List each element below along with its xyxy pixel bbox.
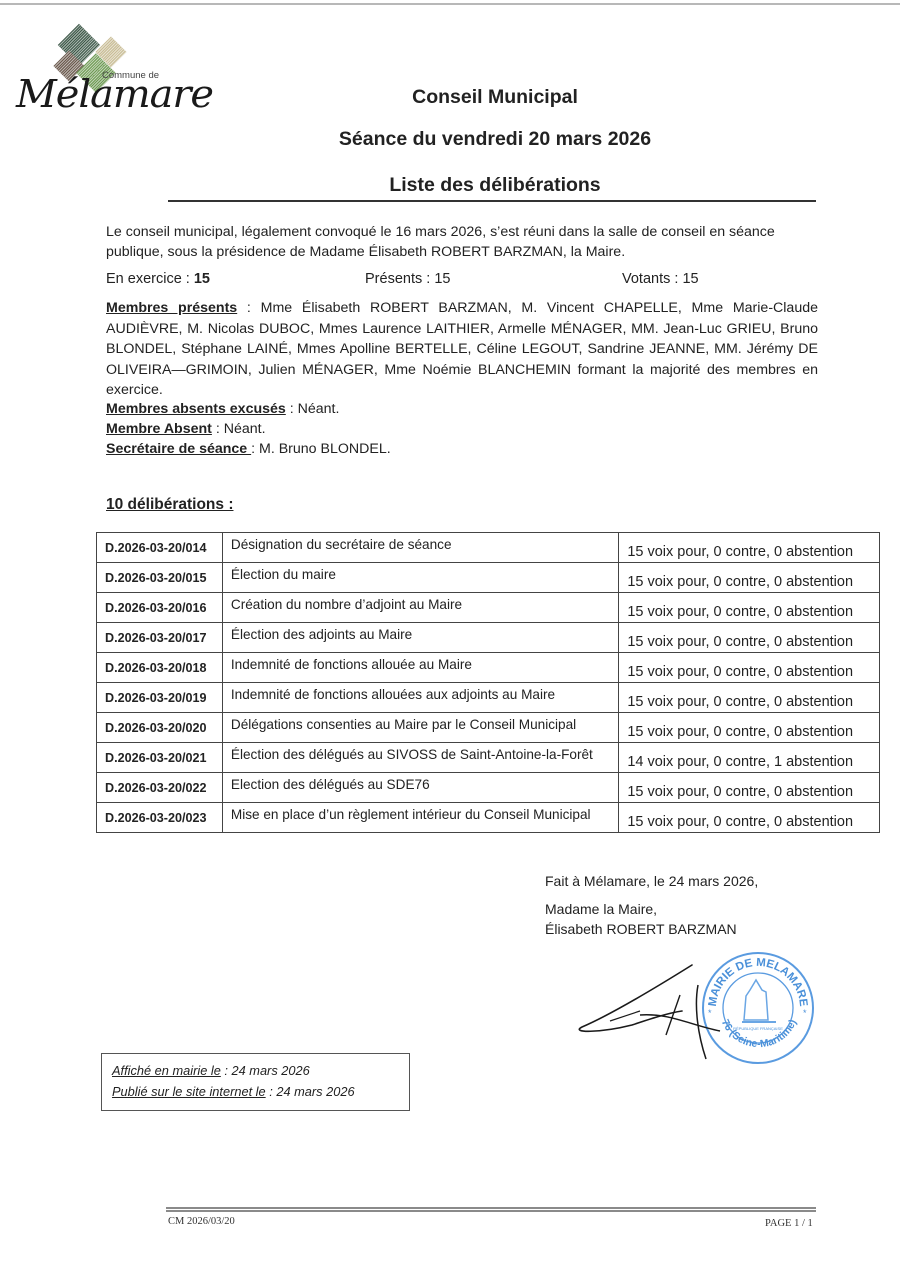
svg-text:*: * [803, 1008, 807, 1018]
table-row: D.2026-03-20/022Election des délégués au… [97, 773, 880, 803]
deliberation-number: D.2026-03-20/014 [97, 533, 223, 563]
deliberation-object: Élection des délégués au SIVOSS de Saint… [222, 743, 618, 773]
intro-paragraph: Le conseil municipal, légalement convoqu… [106, 222, 818, 262]
publication-box: Affiché en mairie le : 24 mars 2026 Publ… [101, 1053, 410, 1111]
title-divider [168, 200, 816, 202]
deliberation-object: Indemnité de fonctions allouées aux adjo… [222, 683, 618, 713]
deliberation-number: D.2026-03-20/019 [97, 683, 223, 713]
deliberation-vote: 15 voix pour, 0 contre, 0 abstention [619, 653, 880, 683]
handwritten-signature-icon [570, 955, 730, 1065]
posted-in-mairie: Affiché en mairie le : 24 mars 2026 [112, 1060, 399, 1081]
deliberation-vote: 15 voix pour, 0 contre, 0 abstention [619, 683, 880, 713]
deliberation-number: D.2026-03-20/022 [97, 773, 223, 803]
signatory-role: Madame la Maire, [545, 899, 737, 919]
deliberation-vote: 15 voix pour, 0 contre, 0 abstention [619, 533, 880, 563]
table-row: D.2026-03-20/023Mise en place d’un règle… [97, 803, 880, 833]
deliberation-vote: 15 voix pour, 0 contre, 0 abstention [619, 713, 880, 743]
logo-name: Mélamare [16, 72, 213, 116]
attendance-details: Membres absents excusés : Néant. Membre … [106, 399, 391, 459]
count-presents-value: 15 [434, 271, 450, 287]
scan-edge-line [0, 3, 900, 5]
deliberations-heading: 10 délibérations : [106, 496, 233, 514]
count-presents: Présents : 15 [365, 271, 450, 287]
deliberation-number: D.2026-03-20/016 [97, 593, 223, 623]
deliberation-vote: 15 voix pour, 0 contre, 0 abstention [619, 803, 880, 833]
online-value: : 24 mars 2026 [266, 1084, 355, 1099]
count-en-exercice: En exercice : 15 [106, 271, 210, 287]
members-present: Membres présents : Mme Élisabeth ROBERT … [106, 298, 818, 401]
table-row: D.2026-03-20/021Élection des délégués au… [97, 743, 880, 773]
signatory-name: Élisabeth ROBERT BARZMAN [545, 919, 737, 939]
count-votants-value: 15 [682, 271, 698, 287]
signature-place-date: Fait à Mélamare, le 24 mars 2026, [545, 871, 758, 891]
deliberation-vote: 15 voix pour, 0 contre, 0 abstention [619, 623, 880, 653]
deliberation-number: D.2026-03-20/023 [97, 803, 223, 833]
stamp-center-text: RÉPUBLIQUE FRANÇAISE [733, 1026, 783, 1031]
posted-label: Affiché en mairie le [112, 1063, 221, 1078]
published-online: Publié sur le site internet le : 24 mars… [112, 1081, 399, 1102]
session-secretary-label: Secrétaire de séance [106, 441, 251, 457]
deliberation-number: D.2026-03-20/015 [97, 563, 223, 593]
deliberation-object: Mise en place d’un règlement intérieur d… [222, 803, 618, 833]
count-votants: Votants : 15 [622, 271, 699, 287]
deliberation-vote: 15 voix pour, 0 contre, 0 abstention [619, 773, 880, 803]
table-row: D.2026-03-20/020Délégations consenties a… [97, 713, 880, 743]
deliberation-number: D.2026-03-20/020 [97, 713, 223, 743]
member-absent: Membre Absent : Néant. [106, 419, 391, 439]
member-absent-value: : Néant. [212, 421, 266, 437]
table-row: D.2026-03-20/019Indemnité de fonctions a… [97, 683, 880, 713]
deliberation-object: Élection des adjoints au Maire [222, 623, 618, 653]
count-en-exercice-value: 15 [194, 271, 210, 287]
members-excused-label: Membres absents excusés [106, 401, 286, 417]
count-presents-label: Présents : [365, 271, 434, 287]
deliberation-number: D.2026-03-20/021 [97, 743, 223, 773]
online-label: Publié sur le site internet le [112, 1084, 266, 1099]
footer-divider [166, 1207, 816, 1212]
document-subtitle: Liste des délibérations [290, 174, 700, 197]
members-excused: Membres absents excusés : Néant. [106, 399, 391, 419]
member-absent-label: Membre Absent [106, 421, 212, 437]
deliberation-vote: 15 voix pour, 0 contre, 0 abstention [619, 593, 880, 623]
table-row: D.2026-03-20/016Création du nombre d’adj… [97, 593, 880, 623]
commune-logo: Commune de Mélamare [14, 22, 174, 112]
footer-page-number: PAGE 1 / 1 [765, 1218, 813, 1229]
table-row: D.2026-03-20/017Élection des adjoints au… [97, 623, 880, 653]
signatory: Madame la Maire, Élisabeth ROBERT BARZMA… [545, 899, 737, 939]
footer-reference: CM 2026/03/20 [168, 1216, 235, 1227]
count-votants-label: Votants : [622, 271, 682, 287]
table-row: D.2026-03-20/015Élection du maire15 voix… [97, 563, 880, 593]
session-secretary: Secrétaire de séance : M. Bruno BLONDEL. [106, 439, 391, 459]
deliberation-number: D.2026-03-20/018 [97, 653, 223, 683]
members-excused-value: : Néant. [286, 401, 340, 417]
table-row: D.2026-03-20/014Désignation du secrétair… [97, 533, 880, 563]
deliberation-object: Élection du maire [222, 563, 618, 593]
deliberations-table: D.2026-03-20/014Désignation du secrétair… [96, 532, 880, 833]
deliberation-object: Délégations consenties au Maire par le C… [222, 713, 618, 743]
deliberation-number: D.2026-03-20/017 [97, 623, 223, 653]
members-present-label: Membres présents [106, 300, 237, 316]
deliberation-object: Désignation du secrétaire de séance [222, 533, 618, 563]
session-date: Séance du vendredi 20 mars 2026 [290, 128, 700, 151]
count-en-exercice-label: En exercice : [106, 271, 194, 287]
document-title: Conseil Municipal [290, 86, 700, 109]
deliberation-object: Création du nombre d’adjoint au Maire [222, 593, 618, 623]
deliberation-vote: 15 voix pour, 0 contre, 0 abstention [619, 563, 880, 593]
table-row: D.2026-03-20/018Indemnité de fonctions a… [97, 653, 880, 683]
deliberation-vote: 14 voix pour, 0 contre, 1 abstention [619, 743, 880, 773]
deliberation-object: Indemnité de fonctions allouée au Maire [222, 653, 618, 683]
deliberation-object: Election des délégués au SDE76 [222, 773, 618, 803]
session-secretary-value: : M. Bruno BLONDEL. [251, 441, 391, 457]
posted-value: : 24 mars 2026 [221, 1063, 310, 1078]
